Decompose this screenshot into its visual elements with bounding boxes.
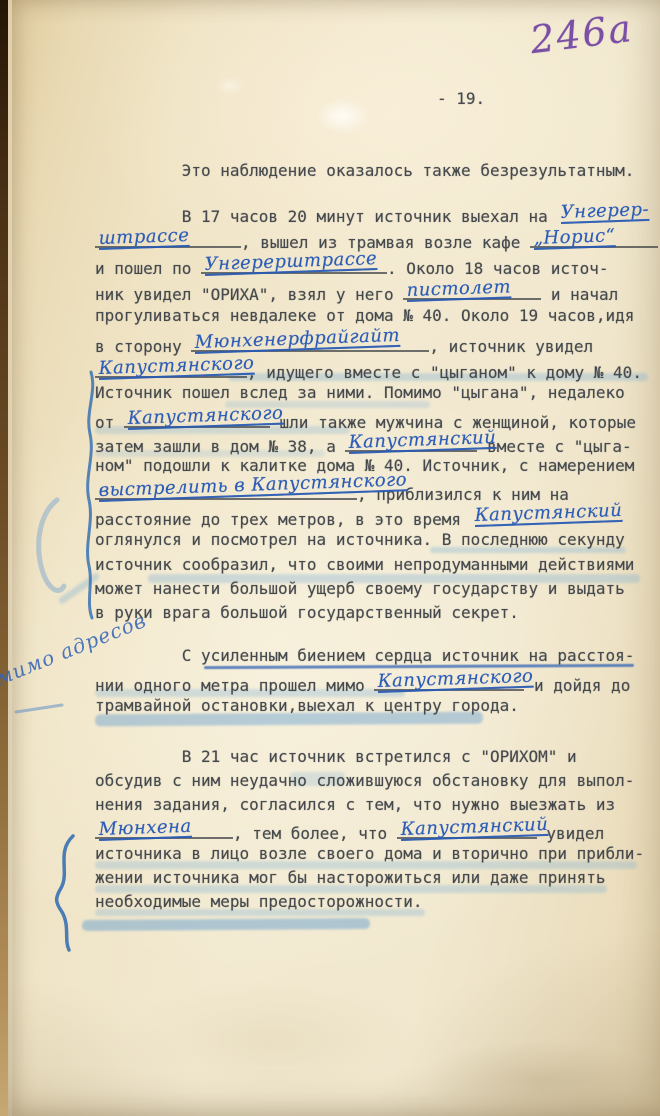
handwritten-word: Мюнхенерфрайгайт (195, 327, 401, 352)
handwritten-word: Капустянского (378, 668, 534, 691)
typed-text: источника в лицо возле своего дома и вто… (95, 844, 644, 863)
fill-in-blank: Унгерер- (557, 201, 645, 222)
paragraph-2-line-8: Источник пошел вслед за ними. Помимо "цы… (95, 382, 625, 404)
paragraph-4-line-5: источника в лицо возле своего дома и вто… (95, 843, 644, 865)
typed-text: трамвайной остановки,выехал к центру гор… (95, 696, 519, 715)
handwritten-word: Мюнхена (98, 818, 192, 839)
typed-text: затем зашли в дом № 38, а (95, 437, 345, 456)
paragraph-4-line-3: нения задания, согласился с тем, что нуж… (95, 794, 615, 816)
paragraph-4-line-2: обсудив с ним неудачно сложившуюся обста… (95, 770, 634, 792)
typed-text-layer: Это наблюдение оказалось также безрезуль… (0, 0, 660, 1116)
paragraph-4-line-4: Мюнхена, тем более, что Капустянский уви… (95, 818, 604, 840)
typed-text: обсудив с ним неудачно сложившуюся обста… (95, 771, 634, 790)
typed-text: С усиленным биением сердца источник на р… (95, 646, 634, 665)
paragraph-2-line-10: затем зашли в дом № 38, а Капустянский в… (95, 431, 632, 453)
typed-text: , вышел из трамвая возле кафе (241, 233, 530, 252)
fill-in-blank: Капустянский (397, 818, 537, 839)
typed-text: , идущего вместе с "цыганом" к дому № 40… (247, 363, 642, 382)
paragraph-2-line-15: источник сообразил, что своими непродума… (95, 554, 634, 576)
typed-text: в сторону (95, 337, 191, 356)
fill-in-blank: Мюнхенерфрайгайт (191, 331, 429, 352)
handwritten-word: Капустянского (127, 405, 283, 428)
typed-text: вместе с "цыга- (477, 437, 631, 456)
handwritten-word: штрассе (98, 227, 189, 248)
typed-text: в руки врага большой государственный сек… (95, 603, 519, 622)
fill-in-blank: Капустянского (95, 357, 247, 378)
typed-text: нения задания, согласился с тем, что нуж… (95, 795, 615, 814)
typed-text: и начал (541, 285, 618, 304)
fill-in-blank: Капустянского (124, 407, 270, 428)
fill-in-blank: „Норис“ (530, 227, 658, 248)
handwritten-word: „Норис“ (533, 227, 615, 248)
paragraph-3-line-2: нии одного метра прошел мимо Капустянско… (95, 670, 630, 692)
paragraph-2-line-6: в сторону Мюнхенерфрайгайт, источник уви… (95, 331, 593, 353)
paragraph-2-line-13: расстояние до трех метров, в это время К… (95, 504, 629, 526)
paragraph-4-line-1: В 21 час источник встретился с "ОРИХОМ" … (95, 746, 577, 768)
paragraph-4-line-7: необходимые меры предосторожности. (95, 891, 423, 913)
paragraph-2-line-1: В 17 часов 20 минут источник выехал на У… (95, 201, 645, 223)
handwritten-word: Унгерерштрассе (204, 250, 377, 274)
fill-in-blank: пистолет (403, 279, 541, 300)
typed-text: В 21 час источник встретился с "ОРИХОМ" … (95, 747, 577, 766)
typed-text: прогуливаться невдалеке от дома № 40. Ок… (95, 306, 634, 325)
typed-text: , источник увидел (429, 337, 593, 356)
typed-text: , тем более, что (233, 824, 397, 843)
fill-in-blank: Капустянский (471, 504, 629, 525)
typed-text: и дойдя до (524, 676, 630, 695)
handwritten-word: Капустянский (349, 429, 497, 452)
fill-in-blank: Капустянского (374, 670, 524, 691)
typed-text: ник увидел "ОРИХА", взял у него (95, 285, 403, 304)
paragraph-2-line-3: и пошел по Унгерерштрассе. Около 18 часо… (95, 253, 609, 275)
fill-in-blank: Капустянский (345, 431, 477, 452)
paragraph-2-line-9: от Капустянского шли также мужчина с жен… (95, 407, 636, 429)
paragraph-4-line-6: жении источника мог бы насторожиться или… (95, 867, 606, 889)
typed-text: . Около 18 часов источ- (387, 259, 609, 278)
typed-text: Источник пошел вслед за ними. Помимо "цы… (95, 383, 625, 402)
paragraph-2-line-5: прогуливаться невдалеке от дома № 40. Ок… (95, 305, 634, 327)
typed-text: источник сообразил, что своими непродума… (95, 555, 634, 574)
paragraph-3-line-1: С усиленным биением сердца источник на р… (95, 645, 634, 667)
paragraph-2-line-12: выстрелить в Капустянского, приблизился … (95, 479, 569, 501)
handwritten-word: Капустянского (98, 355, 254, 378)
typed-text: жении источника мог бы насторожиться или… (95, 868, 606, 887)
paragraph-2-line-17: в руки врага большой государственный сек… (95, 602, 519, 624)
handwritten-word: Унгерер- (561, 201, 650, 222)
typed-text: В 17 часов 20 минут источник выехал на (95, 207, 557, 226)
typed-text: и пошел по (95, 259, 201, 278)
typed-text: от (95, 413, 124, 432)
typed-text: нии одного метра прошел мимо (95, 676, 374, 695)
handwritten-word: Капустянский (474, 502, 622, 525)
handwritten-word: Капустянский (400, 816, 548, 839)
typed-text: может нанести большой ущерб своему госуд… (95, 579, 625, 598)
fill-in-blank: штрассе (95, 227, 241, 248)
typed-text: Это наблюдение оказалось также безрезуль… (95, 161, 634, 180)
paragraph-2-line-14: оглянулся и посмотрел на источника. В по… (95, 529, 625, 551)
fill-in-blank: Унгерерштрассе (201, 253, 387, 274)
paragraph-2-line-4: ник увидел "ОРИХА", взял у него пистолет… (95, 279, 618, 301)
paragraph-1-line-1: Это наблюдение оказалось также безрезуль… (95, 160, 634, 182)
paragraph-2-line-16: может нанести большой ущерб своему госуд… (95, 578, 625, 600)
document-page: 246а - 19. мимо адресов Это наблюдение о… (0, 0, 660, 1116)
fill-in-blank: выстрелить в Капустянского (95, 479, 357, 500)
paragraph-2-line-7: Капустянского, идущего вместе с "цыганом… (95, 357, 642, 379)
paragraph-3-line-3: трамвайной остановки,выехал к центру гор… (95, 695, 519, 717)
paragraph-2-line-2: штрассе, вышел из трамвая возле кафе „Но… (95, 227, 658, 249)
handwritten-word: пистолет (407, 278, 512, 300)
typed-text: оглянулся и посмотрел на источника. В по… (95, 530, 625, 549)
fill-in-blank: Мюнхена (95, 818, 233, 839)
typed-text: расстояние до трех метров, в это время (95, 510, 471, 529)
typed-text: необходимые меры предосторожности. (95, 892, 423, 911)
